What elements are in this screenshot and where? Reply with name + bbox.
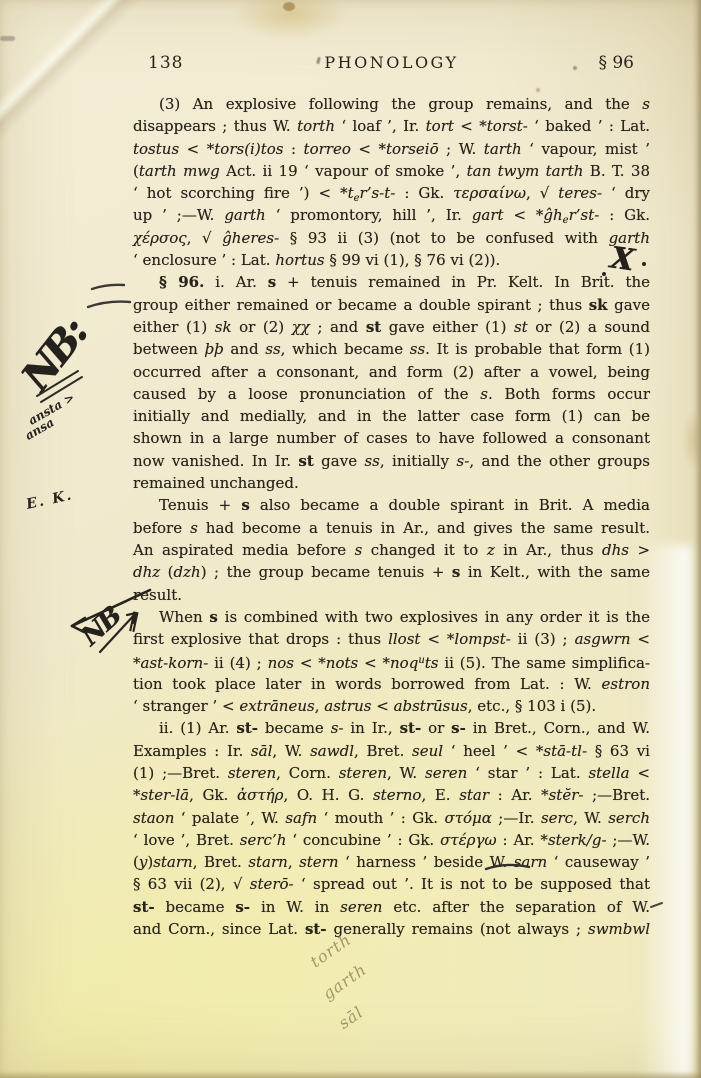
text-line: (y)starn, Bret. starn, stern ‘ harness ’… (133, 851, 650, 873)
text-line: ‘ hot scorching fire ’) < *ter’s-t- : Gk… (133, 182, 650, 204)
text-line: st- became s- in W. in seren etc. after … (133, 896, 650, 918)
text-line: (3) An explosive following the group rem… (133, 93, 650, 115)
text-line: initially and medially, and in the latte… (133, 405, 650, 427)
page-title: PHONOLOGY (133, 53, 650, 72)
margin-initials: E. K. (25, 487, 75, 513)
text-line: An aspirated media before s changed it t… (133, 539, 650, 561)
section-number: § 96 (598, 53, 634, 73)
paragraph: ii. (1) Ar. st- became s- in Ir., st- or… (133, 717, 650, 940)
text-line: § 96. i. Ar. s + tenuis remained in Pr. … (133, 271, 650, 293)
paragraph: When s is combined with two explosives i… (133, 606, 650, 717)
text-line: When s is combined with two explosives i… (133, 606, 650, 628)
paragraph: § 96. i. Ar. s + tenuis remained in Pr. … (133, 271, 650, 494)
ink-dot (602, 272, 606, 276)
text-line: result. (133, 584, 650, 606)
text-line: (tarth mwg Act. ii 19 ‘ vapour of smoke … (133, 160, 650, 182)
text-line: between þþ and ss, which became ss. It i… (133, 338, 650, 360)
page-edge-shadow (0, 1071, 701, 1078)
paragraph: (3) An explosive following the group rem… (133, 93, 650, 271)
ink-speck (0, 36, 15, 41)
paragraph: Tenuis + s also became a double spirant … (133, 494, 650, 605)
text-line: up ’ ;—W. garth ‘ promontory, hill ’, Ir… (133, 204, 650, 226)
running-head: 138 PHONOLOGY § 96 (133, 53, 650, 77)
text-line: either (1) sk or (2) χχ ; and st gave ei… (133, 316, 650, 338)
text-line: remained unchanged. (133, 472, 650, 494)
text-line: *ast-korn- ii (4) ; nos < *nots < *noqut… (133, 650, 650, 672)
page-edge-shadow (692, 0, 701, 1078)
text-line: *ster-lā, Gk. ἀστήρ, O. H. G. sterno, E.… (133, 784, 650, 806)
text-line: ‘ enclosure ’ : Lat. hortus § 99 vi (1),… (133, 249, 650, 271)
pencil-word: sāl (335, 1002, 367, 1032)
ink-speck (536, 88, 540, 92)
text-line: now vanished. In Ir. st gave ss, initial… (133, 450, 650, 472)
text-line: χέρσος, √ ĝheres- § 93 ii (3) (not to be… (133, 227, 650, 249)
margin-note-nb: NB: (7, 305, 101, 406)
body-text: (3) An explosive following the group rem… (133, 93, 650, 940)
text-line: ii. (1) Ar. st- became s- in Ir., st- or… (133, 717, 650, 739)
ink-speck (283, 2, 295, 11)
text-line: Examples : Ir. sāl, W. sawdl, Bret. seul… (133, 740, 650, 762)
text-line: occurred after a consonant, and form (2)… (133, 361, 650, 383)
text-line: disappears ; thus W. torth ‘ loaf ’, Ir.… (133, 115, 650, 137)
text-line: tostus < *tors(i)tos : torreo < *torseiō… (133, 138, 650, 160)
text-line: first explosive that drops : thus llost … (133, 628, 650, 650)
text-line: shown in a large number of cases to have… (133, 427, 650, 449)
text-line: staon ‘ palate ’, W. safn ‘ mouth ’ : Gk… (133, 807, 650, 829)
text-line: before s had become a tenuis in Ar., and… (133, 517, 650, 539)
text-line: (1) ;—Bret. steren, Corn. steren, W. ser… (133, 762, 650, 784)
scanned-book-page: 138 PHONOLOGY § 96 (3) An explosive foll… (0, 0, 701, 1078)
text-line: and Corn., since Lat. st- generally rema… (133, 918, 650, 940)
text-line: ‘ love ’, Bret. serc’h ‘ concubine ’ : G… (133, 829, 650, 851)
margin-tick-marks (88, 285, 130, 307)
ink-dot (642, 262, 646, 266)
text-line: ‘ stranger ’ < extrāneus, astrus < abstr… (133, 695, 650, 717)
pencil-word: garth (319, 960, 370, 1004)
text-line: Tenuis + s also became a double spirant … (133, 494, 650, 516)
text-line: tion took place later in words borrowed … (133, 673, 650, 695)
margin-note-nb: NB (75, 602, 126, 652)
text-line: § 63 vii (2), √ sterō- ‘ spread out ’. I… (133, 873, 650, 895)
text-line: caused by a loose pronunciation of the s… (133, 383, 650, 405)
text-line: dhz (dzh) ; the group became tenuis + s … (133, 561, 650, 583)
text-line: group either remained or became a double… (133, 294, 650, 316)
